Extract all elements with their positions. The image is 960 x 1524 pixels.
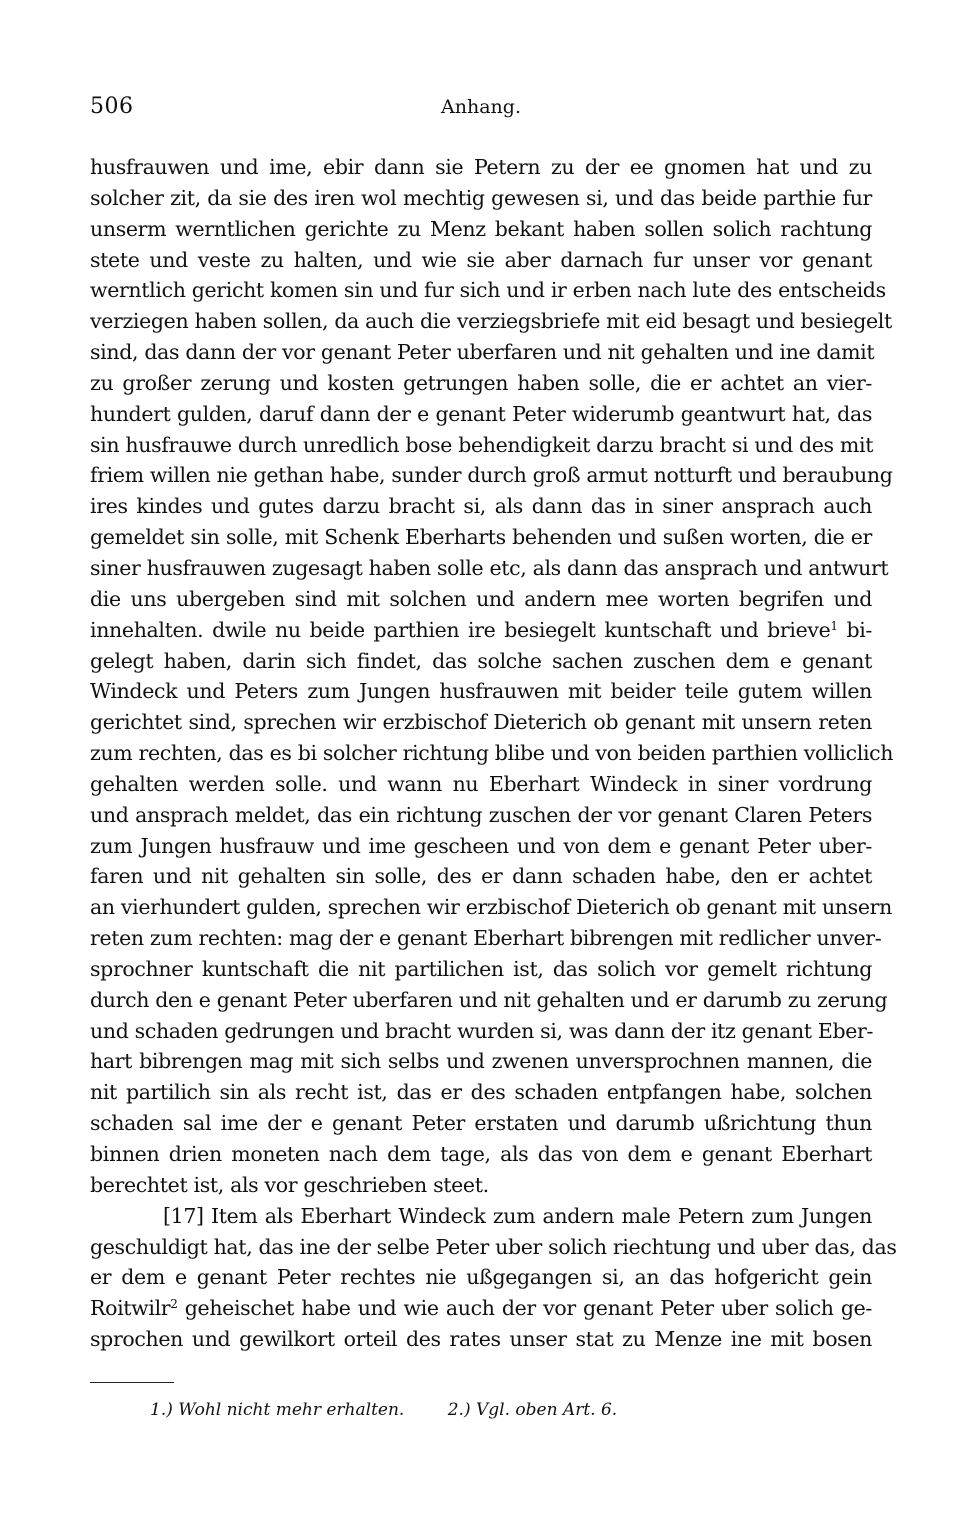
- footnotes: 1.) Wohl nicht mehr erhalten. 2.) Vgl. o…: [150, 1400, 617, 1420]
- footnote-mark: 2.): [448, 1400, 471, 1420]
- text-line: zum rechten, das es bi solcher richtung …: [90, 738, 872, 769]
- text-line: binnen drien moneten nach dem tage, als …: [90, 1139, 872, 1170]
- text-line: gehalten werden solle. und wann nu Eberh…: [90, 769, 872, 800]
- running-title: Anhang.: [90, 96, 872, 118]
- text-line: husfrauwen und ime, ebir dann sie Petern…: [90, 152, 872, 183]
- text-line: stete und veste zu halten, und wie sie a…: [90, 245, 872, 276]
- text-line: unserm werntlichen gerichte zu Menz beka…: [90, 214, 872, 245]
- body-text: husfrauwen und ime, ebir dann sie Petern…: [90, 152, 872, 1355]
- text-line: an vierhundert gulden, sprechen wir erzb…: [90, 892, 872, 923]
- text-line: Windeck und Peters zum Jungen husfrauwen…: [90, 676, 872, 707]
- paragraph-end-line: berechtet ist, als vor geschrieben steet…: [90, 1170, 872, 1201]
- text-line: gelegt haben, darin sich findet, das sol…: [90, 646, 872, 677]
- section-17-first-line: [17] Item als Eberhart Windeck zum ander…: [90, 1201, 872, 1232]
- text-line: zum Jungen husfrauw und ime gescheen und…: [90, 831, 872, 862]
- text-line: nit partilich sin als recht ist, das er …: [90, 1077, 872, 1108]
- footnote-text: Vgl. oben Art. 6.: [476, 1400, 617, 1420]
- text-line: sind, das dann der vor genant Peter uber…: [90, 337, 872, 368]
- text-line-with-footnote-ref: innehalten. dwile nu beide parthien ire …: [90, 615, 872, 646]
- text-line: er dem e genant Peter rechtes nie ußgega…: [90, 1262, 872, 1293]
- text-line: sprochner kuntschaft die nit partilichen…: [90, 954, 872, 985]
- page-header: 506 Anhang.: [90, 94, 872, 124]
- text-line: friem willen nie gethan habe, sunder dur…: [90, 460, 872, 491]
- text-line: reten zum rechten: mag der e genant Eber…: [90, 923, 872, 954]
- text-line: faren und nit gehalten sin solle, des er…: [90, 861, 872, 892]
- text-line: gerichtet sind, sprechen wir erzbischof …: [90, 707, 872, 738]
- footnote-separator: [90, 1382, 174, 1383]
- footnote-1: 1.) Wohl nicht mehr erhalten.: [150, 1400, 404, 1420]
- hyphen-fragment: bi-: [846, 618, 872, 642]
- text-line: ires kindes und gutes darzu bracht si, a…: [90, 491, 872, 522]
- text-line: siner husfrauwen zugesagt haben solle et…: [90, 553, 872, 584]
- text-line: und ansprach meldet, das ein richtung zu…: [90, 800, 872, 831]
- roitwilr-word: Roitwilr: [90, 1296, 170, 1320]
- text-line: die uns ubergeben sind mit solchen und a…: [90, 584, 872, 615]
- text-line-with-footnote-ref: Roitwilr2 geheischet habe und wie auch d…: [90, 1293, 872, 1324]
- text-line: sprochen und gewilkort orteil des rates …: [90, 1324, 872, 1355]
- footnote-mark: 1.): [150, 1400, 173, 1420]
- text-line: solcher zit, da sie des iren wol mechtig…: [90, 183, 872, 214]
- footnote-2: 2.) Vgl. oben Art. 6.: [448, 1400, 617, 1420]
- footnote-ref-2: 2: [170, 1297, 177, 1311]
- footnote-ref-1: 1: [830, 619, 837, 633]
- line-text: innehalten. dwile nu beide parthien ire …: [90, 618, 830, 642]
- footnote-text: Wohl nicht mehr erhalten.: [178, 1400, 404, 1420]
- text-line: und schaden gedrungen und bracht wurden …: [90, 1016, 872, 1047]
- text-line: hundert gulden, daruf dann der e genant …: [90, 399, 872, 430]
- text-line: schaden sal ime der e genant Peter ersta…: [90, 1108, 872, 1139]
- text-line: sin husfrauwe durch unredlich bose behen…: [90, 430, 872, 461]
- text-line: zu großer zerung und kosten getrungen ha…: [90, 368, 872, 399]
- text-line: geschuldigt hat, das ine der selbe Peter…: [90, 1232, 872, 1263]
- text-line: durch den e genant Peter uberfaren und n…: [90, 985, 872, 1016]
- line-text: geheischet habe und wie auch der vor gen…: [178, 1296, 872, 1320]
- text-line: werntlich gericht komen sin und fur sich…: [90, 275, 872, 306]
- text-line: verziegen haben sollen, da auch die verz…: [90, 306, 872, 337]
- text-line: gemeldet sin solle, mit Schenk Eberharts…: [90, 522, 872, 553]
- text-line: hart bibrengen mag mit sich selbs und zw…: [90, 1046, 872, 1077]
